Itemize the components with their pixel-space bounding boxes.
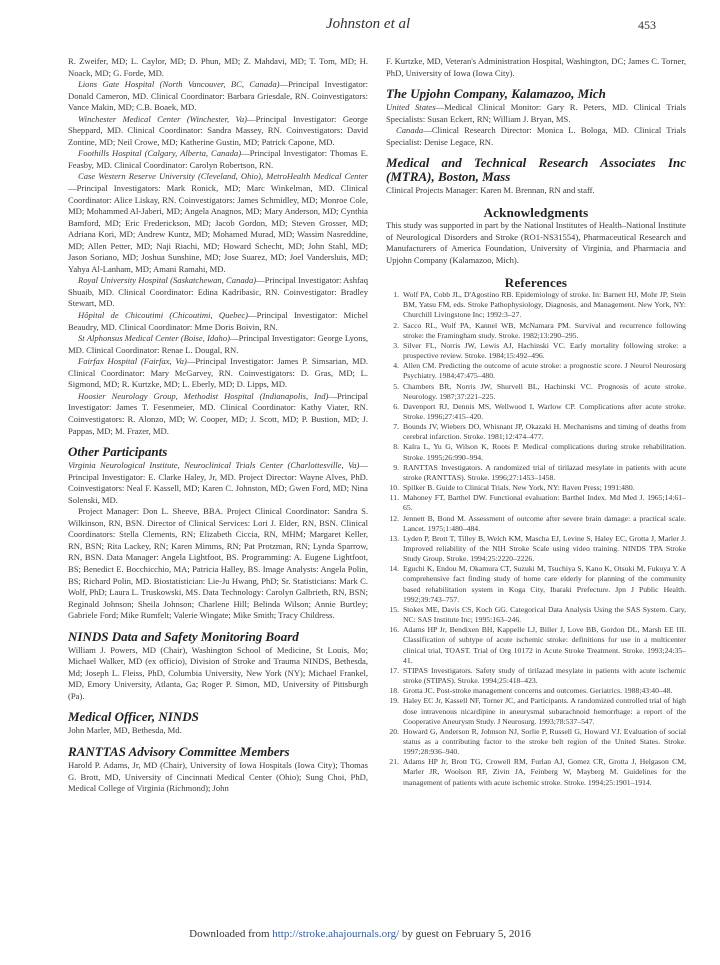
site-paragraph: Winchester Medical Center (Winchester, V… bbox=[68, 114, 368, 149]
upjohn-us-paragraph: United States—Medical Clinical Monitor: … bbox=[386, 102, 686, 125]
section-heading-medical-officer: Medical Officer, NINDS bbox=[68, 710, 368, 724]
reference-item: 18.Grotta JC. Post-stroke management con… bbox=[386, 686, 686, 696]
reference-item: 4.Allen CM. Predicting the outcome of ac… bbox=[386, 361, 686, 381]
reference-item: 2.Sacco RL, Wolf PA, Kannel WB, McNamara… bbox=[386, 321, 686, 341]
section-heading-mtra: Medical and Technical Research Associate… bbox=[386, 156, 686, 184]
reference-item: 9.RANTTAS Investigators. A randomized tr… bbox=[386, 463, 686, 483]
page-number: 453 bbox=[638, 18, 656, 33]
journal-link[interactable]: http://stroke.ahajournals.org/ bbox=[272, 928, 399, 940]
site-paragraph: Lions Gate Hospital (North Vancouver, BC… bbox=[68, 79, 368, 114]
section-heading-upjohn: The Upjohn Company, Kalamazoo, Mich bbox=[386, 87, 686, 101]
reference-item: 12.Jennett B, Bond M. Assessment of outc… bbox=[386, 514, 686, 534]
reference-item: 19.Haley EC Jr, Kassell NF, Torner JC, a… bbox=[386, 696, 686, 726]
section-heading-acknowledgments: Acknowledgments bbox=[386, 207, 686, 219]
site-paragraph: Case Western Reserve University (Clevela… bbox=[68, 171, 368, 275]
reference-item: 14.Eguchi K, Endou M, Okamura CT, Suzuki… bbox=[386, 564, 686, 605]
reference-item: 17.STIPAS Investigators. Safety study of… bbox=[386, 666, 686, 686]
acknowledgments-paragraph: This study was supported in part by the … bbox=[386, 220, 686, 266]
section-heading-references: References bbox=[386, 277, 686, 289]
site-paragraph: Foothills Hospital (Calgary, Alberta, Ca… bbox=[68, 148, 368, 171]
left-column: R. Zweifer, MD; L. Caylor, MD; D. Phun, … bbox=[68, 56, 368, 795]
staff-paragraph: Project Manager: Don L. Sheeve, BBA. Pro… bbox=[68, 506, 368, 621]
upjohn-canada-paragraph: Canada—Clinical Research Director: Monic… bbox=[386, 125, 686, 148]
other-participants-paragraph: Virginia Neurological Institute, Neurocl… bbox=[68, 460, 368, 506]
reference-item: 8.Kalra L, Yu G, Wilson K, Roots P. Medi… bbox=[386, 442, 686, 462]
medical-officer-paragraph: John Marler, MD, Bethesda, Md. bbox=[68, 725, 368, 737]
reference-item: 20.Howard G, Anderson R, Johnson NJ, Sor… bbox=[386, 727, 686, 757]
site-paragraph: Fairfax Hospital (Fairfax, Va)—Principal… bbox=[68, 356, 368, 391]
reference-item: 15.Stokes ME, Davis CS, Koch GG. Categor… bbox=[386, 605, 686, 625]
intro-paragraph: R. Zweifer, MD; L. Caylor, MD; D. Phun, … bbox=[68, 56, 368, 79]
footer-prefix: Downloaded from bbox=[189, 928, 272, 940]
continuation-paragraph: F. Kurtzke, MD, Veteran's Administration… bbox=[386, 56, 686, 79]
site-paragraph: Hôpital de Chicoutimi (Chicoutimi, Quebe… bbox=[68, 310, 368, 333]
section-heading-advisory-committee: RANTTAS Advisory Committee Members bbox=[68, 745, 368, 759]
reference-item: 11.Mahoney FT, Barthel DW. Functional ev… bbox=[386, 493, 686, 513]
site-paragraph: St Alphonsus Medical Center (Boise, Idah… bbox=[68, 333, 368, 356]
reference-item: 10.Spilker B. Guide to Clinical Trials. … bbox=[386, 483, 686, 493]
download-footer: Downloaded from http://stroke.ahajournal… bbox=[0, 928, 720, 940]
footer-suffix: by guest on February 5, 2016 bbox=[399, 928, 531, 940]
section-heading-dsmb: NINDS Data and Safety Monitoring Board bbox=[68, 630, 368, 644]
reference-item: 7.Bounds JV, Wiebers DO, Whisnant JP, Ok… bbox=[386, 422, 686, 442]
advisory-paragraph: Harold P. Adams, Jr, MD (Chair), Univers… bbox=[68, 760, 368, 795]
reference-item: 16.Adams HP Jr, Bendixen BH, Kappelle LJ… bbox=[386, 625, 686, 666]
dsmb-paragraph: William J. Powers, MD (Chair), Washingto… bbox=[68, 645, 368, 703]
reference-item: 5.Chambers BR, Norris JW, Shurvell BL, H… bbox=[386, 382, 686, 402]
running-head: Johnston et al 453 bbox=[0, 16, 720, 38]
site-paragraph: Royal University Hospital (Saskatchewan,… bbox=[68, 275, 368, 310]
reference-item: 3.Silver FL, Norris JW, Lewis AJ, Hachin… bbox=[386, 341, 686, 361]
site-paragraph: Hoosier Neurology Group, Methodist Hospi… bbox=[68, 391, 368, 437]
reference-item: 1.Wolf PA, Cobb JL, D'Agostino RB. Epide… bbox=[386, 290, 686, 320]
running-title: Johnston et al bbox=[326, 16, 410, 33]
references-list: 1.Wolf PA, Cobb JL, D'Agostino RB. Epide… bbox=[386, 290, 686, 788]
reference-item: 13.Lyden P, Brott T, Tilley B, Welch KM,… bbox=[386, 534, 686, 564]
section-heading-other-participants: Other Participants bbox=[68, 445, 368, 459]
reference-item: 21.Adams HP Jr, Brott TG, Crowell RM, Fu… bbox=[386, 757, 686, 787]
mtra-paragraph: Clinical Projects Manager: Karen M. Bren… bbox=[386, 185, 686, 197]
reference-item: 6.Davenport RJ, Dennis MS, Wellwood I, W… bbox=[386, 402, 686, 422]
right-column: F. Kurtzke, MD, Veteran's Administration… bbox=[386, 56, 686, 788]
